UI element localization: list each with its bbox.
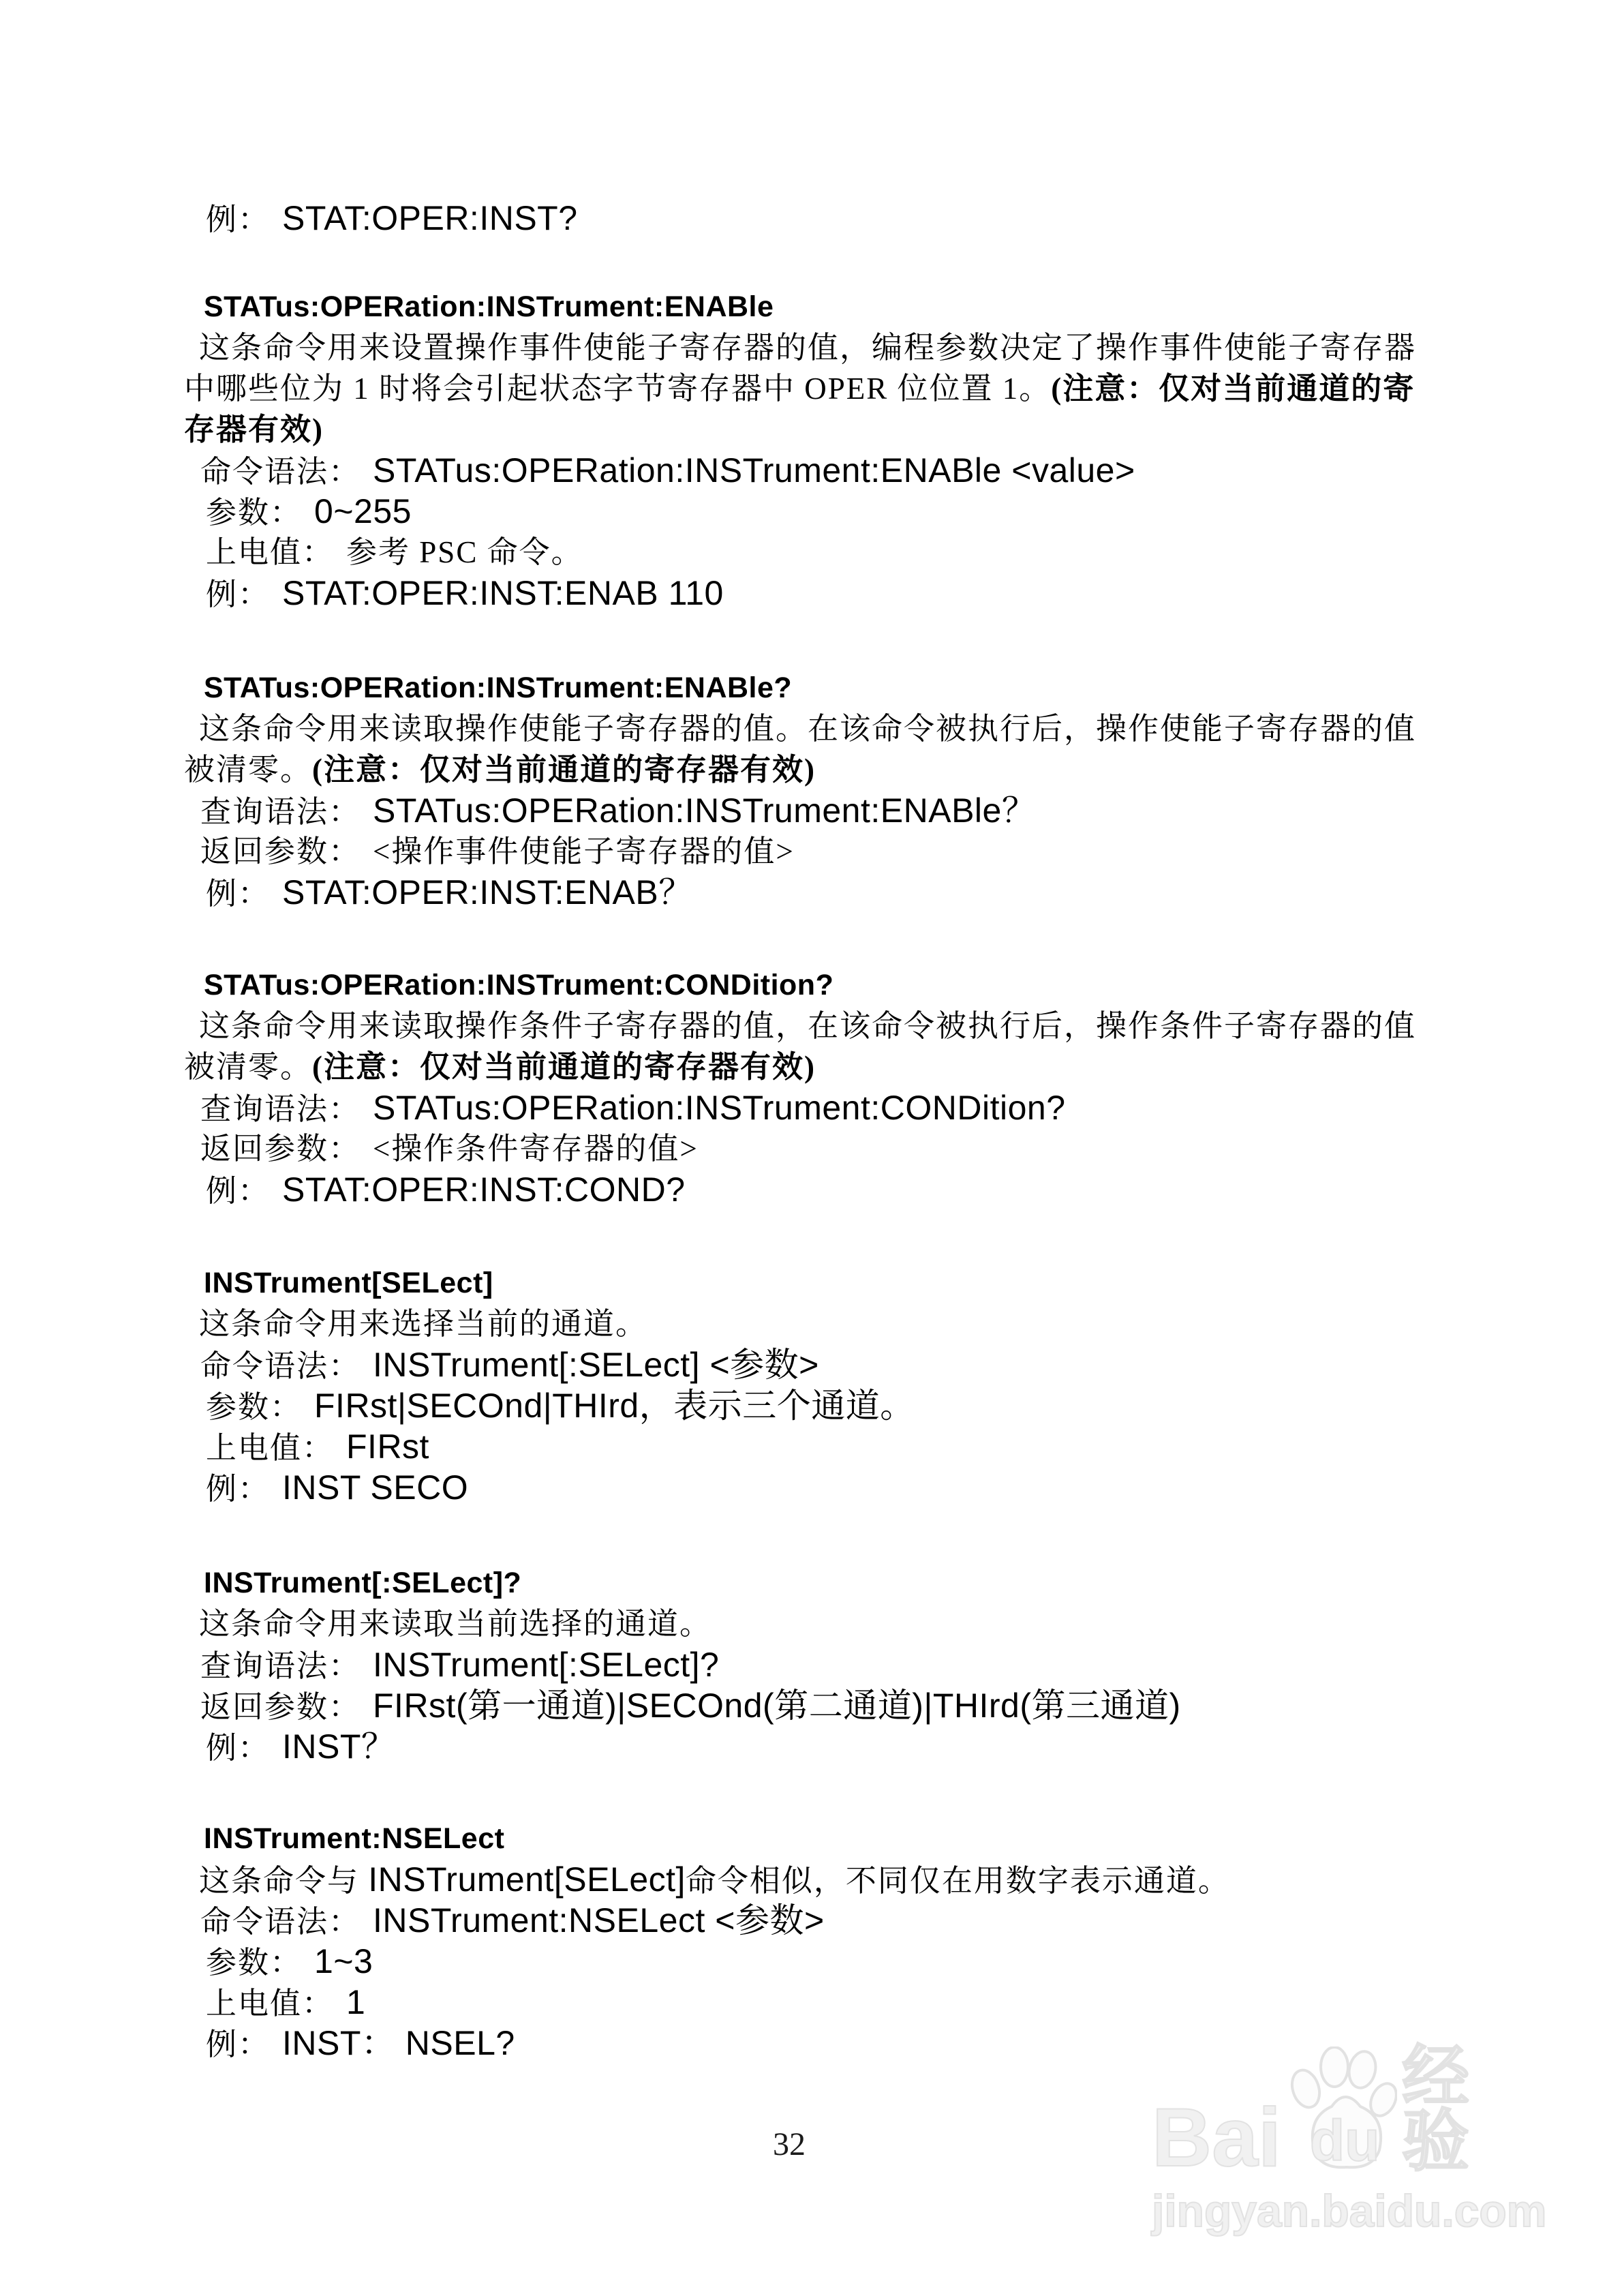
poweron-value: 1 — [346, 1983, 365, 2021]
return-param-label: 返回参数： — [184, 1132, 361, 1166]
description-line: 这条命令用来读取当前选择的通道。 — [184, 1603, 1452, 1644]
description-text: 这条命令与 — [184, 1864, 368, 1898]
query-syntax-value: INSTrument[:SELect]? — [373, 1646, 719, 1684]
poweron-line: 上电值：FIRst — [184, 1426, 1452, 1467]
param-line: 参数：0~255 — [184, 491, 1452, 532]
param-label: 参数： — [184, 1946, 302, 1980]
syntax-line: 命令语法：INSTrument[:SELect] <参数> — [184, 1344, 1452, 1385]
return-param-label: 返回参数： — [184, 1690, 361, 1724]
example-value: INST： NSEL? — [282, 2024, 515, 2062]
section-intro: 例：STAT:OPER:INST? — [184, 198, 1452, 239]
note-text: (注意：仅对当前通道的寄存器有效) — [312, 1050, 816, 1084]
description-line: 被清零。(注意：仅对当前通道的寄存器有效) — [184, 749, 1452, 790]
watermark-url: jingyan.baidu.com — [1152, 2185, 1547, 2237]
example-value: STAT:OPER:INST? — [282, 199, 578, 237]
command-heading: STATus:OPERation:INSTrument:ENABle — [184, 286, 1452, 327]
description-text: 命令相似，不同仅在用数字表示通道。 — [686, 1864, 1230, 1898]
description-line: 这条命令用来读取操作使能子寄存器的值。在该命令被执行后，操作使能子寄存器的值 — [184, 708, 1452, 749]
description-command: INSTrument[SELect] — [368, 1860, 686, 1899]
example-label: 例： — [184, 877, 270, 911]
example-line: 例：STAT:OPER:INST? — [184, 198, 1452, 239]
command-heading: STATus:OPERation:INSTrument:ENABle? — [184, 667, 1452, 708]
example-value: INST SECO — [282, 1468, 468, 1507]
param-value: 0~255 — [314, 492, 412, 530]
command-heading: STATus:OPERation:INSTrument:CONDition? — [184, 965, 1452, 1006]
query-syntax-label: 查询语法： — [184, 795, 361, 829]
baidu-logo-du-text: du — [1310, 2112, 1380, 2169]
description-text: 这条命令用来读取当前选择的通道。 — [184, 1607, 711, 1641]
baidu-logo-text: Bai — [1152, 2102, 1281, 2173]
description-line: 这条命令用来读取操作条件子寄存器的值，在该命令被执行后，操作条件子寄存器的值 — [184, 1006, 1452, 1046]
return-param-label: 返回参数： — [184, 834, 361, 868]
return-param-value: FIRst(第一通道)|SECOnd(第二通道)|THIrd(第三通道) — [373, 1687, 1181, 1725]
query-syntax-line: 查询语法：STATus:OPERation:INSTrument:CONDiti… — [184, 1087, 1452, 1128]
syntax-label: 命令语法： — [184, 455, 361, 489]
example-label: 例： — [184, 1472, 270, 1506]
param-label: 参数： — [184, 1390, 302, 1424]
poweron-value: FIRst — [346, 1428, 429, 1466]
syntax-value: INSTrument[:SELect] <参数> — [373, 1346, 819, 1384]
param-value: FIRst|SECOnd|THIrd，表示三个通道。 — [314, 1387, 915, 1425]
watermark: Bai du 经验 jingyan.baidu.com — [1152, 2046, 1547, 2237]
param-value: 1~3 — [314, 1942, 373, 1980]
example-label: 例： — [184, 2027, 270, 2061]
description-text: 被清零。 — [184, 753, 312, 787]
return-param-line: 返回参数：<操作事件使能子寄存器的值> — [184, 831, 1452, 872]
return-param-value: <操作事件使能子寄存器的值> — [373, 834, 795, 868]
query-syntax-line: 查询语法：INSTrument[:SELect]? — [184, 1644, 1452, 1685]
param-label: 参数： — [184, 496, 302, 530]
query-syntax-value: STATus:OPERation:INSTrument:ENABle？ — [373, 791, 1036, 830]
section-instrument-nselect: INSTrument:NSELect 这条命令与 INSTrument[SELe… — [184, 1818, 1452, 2064]
return-param-line: 返回参数：<操作条件寄存器的值> — [184, 1128, 1452, 1169]
description-text: 被清零。 — [184, 1050, 312, 1084]
command-heading: INSTrument[SELect] — [184, 1263, 1452, 1303]
description-text: 这条命令用来读取操作条件子寄存器的值，在该命令被执行后，操作条件子寄存器的值 — [184, 1009, 1416, 1043]
syntax-line: 命令语法：INSTrument:NSELect <参数> — [184, 1900, 1452, 1941]
example-line: 例：INST？ — [184, 1726, 1452, 1767]
query-syntax-value: STATus:OPERation:INSTrument:CONDition? — [373, 1089, 1066, 1127]
command-heading: INSTrument[:SELect]? — [184, 1562, 1452, 1603]
description-line: 这条命令与 INSTrument[SELect]命令相似，不同仅在用数字表示通道… — [184, 1859, 1452, 1900]
syntax-value: STATus:OPERation:INSTrument:ENABle <valu… — [373, 451, 1135, 489]
page-number: 32 — [773, 2126, 806, 2163]
poweron-label: 上电值： — [184, 1987, 334, 2021]
section-condition-query: STATus:OPERation:INSTrument:CONDition? 这… — [184, 965, 1452, 1210]
section-enable-query: STATus:OPERation:INSTrument:ENABle? 这条命令… — [184, 667, 1452, 913]
example-label: 例： — [184, 1731, 270, 1765]
example-value: STAT:OPER:INST:COND? — [282, 1170, 686, 1209]
description-text: 这条命令用来选择当前的通道。 — [184, 1307, 647, 1341]
poweron-line: 上电值：参考 PSC 命令。 — [184, 532, 1452, 573]
description-text: 这条命令用来设置操作事件使能子寄存器的值，编程参数决定了操作事件使能子寄存器 — [184, 331, 1416, 365]
document-page: 例：STAT:OPER:INST? STATus:OPERation:INSTr… — [0, 0, 1622, 2296]
poweron-label: 上电值： — [184, 535, 334, 569]
section-enable: STATus:OPERation:INSTrument:ENABle 这条命令用… — [184, 286, 1452, 614]
return-param-line: 返回参数：FIRst(第一通道)|SECOnd(第二通道)|THIrd(第三通道… — [184, 1685, 1452, 1726]
example-line: 例：STAT:OPER:INST:ENAB 110 — [184, 573, 1452, 614]
description-text: 中哪些位为 1 时将会引起状态字节寄存器中 OPER 位位置 1。 — [184, 372, 1051, 406]
return-param-value: <操作条件寄存器的值> — [373, 1132, 699, 1166]
description-line: 这条命令用来设置操作事件使能子寄存器的值，编程参数决定了操作事件使能子寄存器 — [184, 327, 1452, 368]
baidu-logo: Bai du 经验 — [1152, 2046, 1547, 2173]
description-line: 这条命令用来选择当前的通道。 — [184, 1303, 1452, 1344]
example-value: INST？ — [282, 1727, 395, 1766]
example-value: STAT:OPER:INST:ENAB？ — [282, 873, 693, 911]
query-syntax-label: 查询语法： — [184, 1092, 361, 1126]
doc-content: 例：STAT:OPER:INST? STATus:OPERation:INSTr… — [184, 0, 1452, 2064]
example-line: 例：STAT:OPER:INST:COND? — [184, 1169, 1452, 1210]
section-instrument-select: INSTrument[SELect] 这条命令用来选择当前的通道。 命令语法：I… — [184, 1263, 1452, 1508]
poweron-line: 上电值：1 — [184, 1982, 1452, 2023]
description-line: 被清零。(注意：仅对当前通道的寄存器有效) — [184, 1046, 1452, 1087]
example-label: 例： — [184, 577, 270, 611]
description-line: 中哪些位为 1 时将会引起状态字节寄存器中 OPER 位位置 1。(注意：仅对当… — [184, 368, 1452, 409]
query-syntax-label: 查询语法： — [184, 1649, 361, 1683]
param-line: 参数：1~3 — [184, 1941, 1452, 1982]
example-line: 例：INST SECO — [184, 1467, 1452, 1508]
note-text: (注意：仅对当前通道的寄存器有效) — [312, 753, 816, 787]
example-line: 例：STAT:OPER:INST:ENAB？ — [184, 872, 1452, 913]
baidu-paw-icon: du — [1283, 2046, 1396, 2173]
poweron-label: 上电值： — [184, 1431, 334, 1465]
note-text: (注意：仅对当前通道的寄 — [1051, 372, 1415, 406]
section-instrument-select-query: INSTrument[:SELect]? 这条命令用来读取当前选择的通道。 查询… — [184, 1562, 1452, 1767]
param-line: 参数：FIRst|SECOnd|THIrd，表示三个通道。 — [184, 1385, 1452, 1426]
example-label: 例： — [184, 1174, 270, 1208]
description-line: 存器有效) — [184, 409, 1452, 450]
syntax-line: 命令语法：STATus:OPERation:INSTrument:ENABle … — [184, 450, 1452, 491]
syntax-label: 命令语法： — [184, 1905, 361, 1939]
syntax-value: INSTrument:NSELect <参数> — [373, 1901, 825, 1939]
query-syntax-line: 查询语法：STATus:OPERation:INSTrument:ENABle？ — [184, 790, 1452, 831]
note-text: 存器有效) — [184, 412, 324, 447]
command-heading: INSTrument:NSELect — [184, 1818, 1452, 1859]
syntax-label: 命令语法： — [184, 1349, 361, 1383]
baidu-jingyan-cn-text: 经验 — [1402, 2044, 1547, 2173]
example-label: 例： — [184, 202, 270, 237]
description-text: 这条命令用来读取操作使能子寄存器的值。在该命令被执行后，操作使能子寄存器的值 — [184, 712, 1416, 746]
example-value: STAT:OPER:INST:ENAB 110 — [282, 574, 724, 612]
poweron-value: 参考 PSC 命令。 — [346, 535, 583, 569]
